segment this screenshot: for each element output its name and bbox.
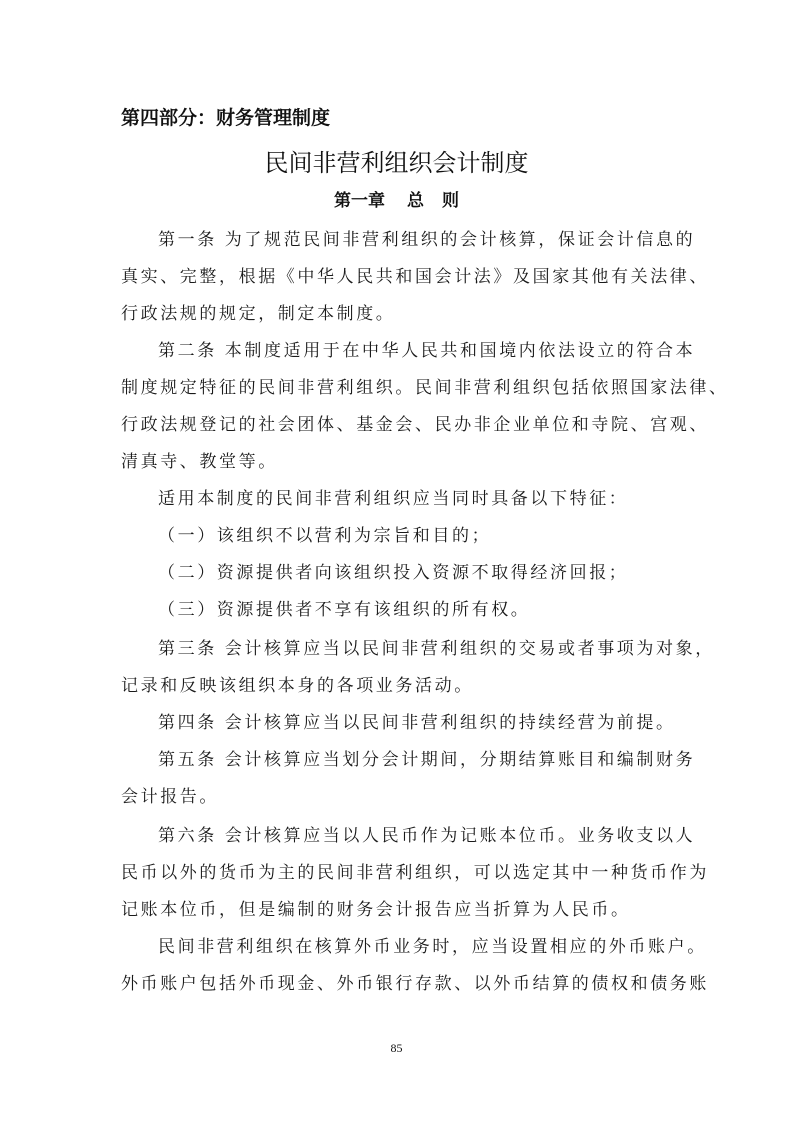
foreign-currency-line-1: 民间非营利组织在核算外币业务时，应当设置相应的外币账户。 [158, 932, 707, 957]
article-6-line-3: 记账本位币，但是编制的财务会计报告应当折算为人民币。 [121, 895, 631, 920]
section-title: 第四部分：财务管理制度 [121, 103, 330, 130]
foreign-currency-line-2: 外币账户包括外币现金、外币银行存款、以外币结算的债权和债务账 [121, 969, 709, 994]
article-2-line-1: 第二条 本制度适用于在中华人民共和国境内依法设立的符合本 [158, 336, 695, 361]
article-6-line-1: 第六条 会计核算应当以人民币作为记账本位币。业务收支以人 [158, 821, 695, 846]
article-1-line-3: 行政法规的规定，制定本制度。 [121, 299, 395, 324]
page-number: 85 [0, 1041, 793, 1056]
feature-item-3: （三）资源提供者不享有该组织的所有权。 [158, 595, 530, 620]
chapter-number: 第一章 [334, 191, 385, 211]
document-title: 民间非营利组织会计制度 [0, 143, 793, 178]
article-3-line-1: 第三条 会计核算应当以民间非营利组织的交易或者事项为对象， [158, 634, 715, 659]
article-6-line-2: 民币以外的货币为主的民间非营利组织，可以选定其中一种货币作为 [121, 858, 709, 883]
article-2-line-3: 行政法规登记的社会团体、基金会、民办非企业单位和寺院、宫观、 [121, 410, 709, 435]
article-2-line-4: 清真寺、教堂等。 [121, 447, 278, 472]
feature-item-2: （二）资源提供者向该组织投入资源不取得经济回报； [158, 558, 628, 583]
article-1-line-2: 真实、完整，根据《中华人民共和国会计法》及国家其他有关法律、 [121, 262, 709, 287]
article-5-line-2: 会计报告。 [121, 782, 219, 807]
chapter-name-part1: 总 [407, 191, 424, 211]
article-4-line-1: 第四条 会计核算应当以民间非营利组织的持续经营为前提。 [158, 708, 676, 733]
article-2-line-2: 制度规定特征的民间非营利组织。民间非营利组织包括依照国家法律、 [121, 373, 729, 398]
chapter-name-part2: 则 [442, 191, 459, 211]
article-1-line-1: 第一条 为了规范民间非营利组织的会计核算，保证会计信息的 [158, 225, 695, 250]
chapter-heading: 第一章总则 [0, 186, 793, 211]
features-intro: 适用本制度的民间非营利组织应当同时具备以下特征： [158, 484, 628, 509]
article-5-line-1: 第五条 会计核算应当划分会计期间，分期结算账目和编制财务 [158, 745, 695, 770]
article-3-line-2: 记录和反映该组织本身的各项业务活动。 [121, 671, 474, 696]
feature-item-1: （一）该组织不以营利为宗旨和目的； [158, 521, 491, 546]
document-page: 第四部分：财务管理制度 民间非营利组织会计制度 第一章总则 第一条 为了规范民间… [0, 0, 793, 1122]
